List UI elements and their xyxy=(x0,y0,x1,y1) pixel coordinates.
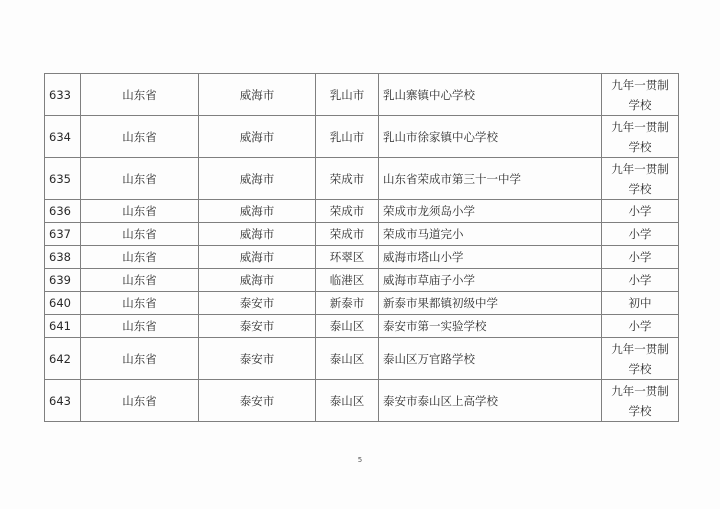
table-row: 638山东省威海市环翠区威海市塔山小学小学 xyxy=(45,246,679,269)
table-row: 643山东省泰安市泰山区泰安市泰山区上高学校九年一贯制学校 xyxy=(45,380,679,422)
row-number: 634 xyxy=(45,116,81,158)
city-cell: 泰安市 xyxy=(199,338,316,380)
row-number: 639 xyxy=(45,269,81,292)
province-cell: 山东省 xyxy=(81,315,199,338)
school-list-table: 633山东省威海市乳山市乳山寨镇中心学校九年一贯制学校634山东省威海市乳山市乳… xyxy=(44,73,679,422)
district-cell: 泰山区 xyxy=(316,338,379,380)
table-row: 636山东省威海市荣成市荣成市龙须岛小学小学 xyxy=(45,200,679,223)
district-cell: 乳山市 xyxy=(316,116,379,158)
school-name-cell: 威海市塔山小学 xyxy=(379,246,602,269)
district-cell: 临港区 xyxy=(316,269,379,292)
school-type-cell: 小学 xyxy=(602,223,679,246)
table-row: 639山东省威海市临港区威海市草庙子小学小学 xyxy=(45,269,679,292)
row-number: 636 xyxy=(45,200,81,223)
table-row: 633山东省威海市乳山市乳山寨镇中心学校九年一贯制学校 xyxy=(45,74,679,116)
province-cell: 山东省 xyxy=(81,338,199,380)
table-row: 634山东省威海市乳山市乳山市徐家镇中心学校九年一贯制学校 xyxy=(45,116,679,158)
district-cell: 新泰市 xyxy=(316,292,379,315)
city-cell: 威海市 xyxy=(199,246,316,269)
city-cell: 威海市 xyxy=(199,158,316,200)
school-name-cell: 乳山寨镇中心学校 xyxy=(379,74,602,116)
row-number: 637 xyxy=(45,223,81,246)
district-cell: 荣成市 xyxy=(316,223,379,246)
province-cell: 山东省 xyxy=(81,158,199,200)
district-cell: 荣成市 xyxy=(316,158,379,200)
table-row: 641山东省泰安市泰山区泰安市第一实验学校小学 xyxy=(45,315,679,338)
school-name-cell: 乳山市徐家镇中心学校 xyxy=(379,116,602,158)
school-name-cell: 泰山区万官路学校 xyxy=(379,338,602,380)
row-number: 642 xyxy=(45,338,81,380)
table-row: 642山东省泰安市泰山区泰山区万官路学校九年一贯制学校 xyxy=(45,338,679,380)
table-row: 637山东省威海市荣成市荣成市马道完小小学 xyxy=(45,223,679,246)
table-body: 633山东省威海市乳山市乳山寨镇中心学校九年一贯制学校634山东省威海市乳山市乳… xyxy=(45,74,679,422)
school-type-cell: 初中 xyxy=(602,292,679,315)
school-name-cell: 荣成市龙须岛小学 xyxy=(379,200,602,223)
province-cell: 山东省 xyxy=(81,200,199,223)
province-cell: 山东省 xyxy=(81,74,199,116)
city-cell: 威海市 xyxy=(199,116,316,158)
city-cell: 泰安市 xyxy=(199,292,316,315)
district-cell: 乳山市 xyxy=(316,74,379,116)
school-name-cell: 荣成市马道完小 xyxy=(379,223,602,246)
district-cell: 泰山区 xyxy=(316,315,379,338)
document-page: 633山东省威海市乳山市乳山寨镇中心学校九年一贯制学校634山东省威海市乳山市乳… xyxy=(0,0,720,509)
school-type-cell: 九年一贯制学校 xyxy=(602,338,679,380)
province-cell: 山东省 xyxy=(81,116,199,158)
school-type-cell: 九年一贯制学校 xyxy=(602,74,679,116)
city-cell: 泰安市 xyxy=(199,315,316,338)
row-number: 640 xyxy=(45,292,81,315)
district-cell: 泰山区 xyxy=(316,380,379,422)
table-row: 640山东省泰安市新泰市新泰市果都镇初级中学初中 xyxy=(45,292,679,315)
province-cell: 山东省 xyxy=(81,246,199,269)
province-cell: 山东省 xyxy=(81,269,199,292)
district-cell: 荣成市 xyxy=(316,200,379,223)
school-name-cell: 山东省荣成市第三十一中学 xyxy=(379,158,602,200)
city-cell: 威海市 xyxy=(199,74,316,116)
school-name-cell: 泰安市第一实验学校 xyxy=(379,315,602,338)
school-type-cell: 小学 xyxy=(602,269,679,292)
city-cell: 威海市 xyxy=(199,200,316,223)
school-type-cell: 小学 xyxy=(602,200,679,223)
school-type-cell: 小学 xyxy=(602,246,679,269)
city-cell: 泰安市 xyxy=(199,380,316,422)
row-number: 633 xyxy=(45,74,81,116)
page-number: 5 xyxy=(0,456,720,464)
row-number: 643 xyxy=(45,380,81,422)
school-name-cell: 新泰市果都镇初级中学 xyxy=(379,292,602,315)
city-cell: 威海市 xyxy=(199,269,316,292)
school-name-cell: 威海市草庙子小学 xyxy=(379,269,602,292)
province-cell: 山东省 xyxy=(81,292,199,315)
row-number: 635 xyxy=(45,158,81,200)
province-cell: 山东省 xyxy=(81,380,199,422)
school-type-cell: 九年一贯制学校 xyxy=(602,380,679,422)
row-number: 638 xyxy=(45,246,81,269)
table-row: 635山东省威海市荣成市山东省荣成市第三十一中学九年一贯制学校 xyxy=(45,158,679,200)
school-type-cell: 小学 xyxy=(602,315,679,338)
province-cell: 山东省 xyxy=(81,223,199,246)
school-type-cell: 九年一贯制学校 xyxy=(602,116,679,158)
district-cell: 环翠区 xyxy=(316,246,379,269)
city-cell: 威海市 xyxy=(199,223,316,246)
school-type-cell: 九年一贯制学校 xyxy=(602,158,679,200)
school-name-cell: 泰安市泰山区上高学校 xyxy=(379,380,602,422)
row-number: 641 xyxy=(45,315,81,338)
